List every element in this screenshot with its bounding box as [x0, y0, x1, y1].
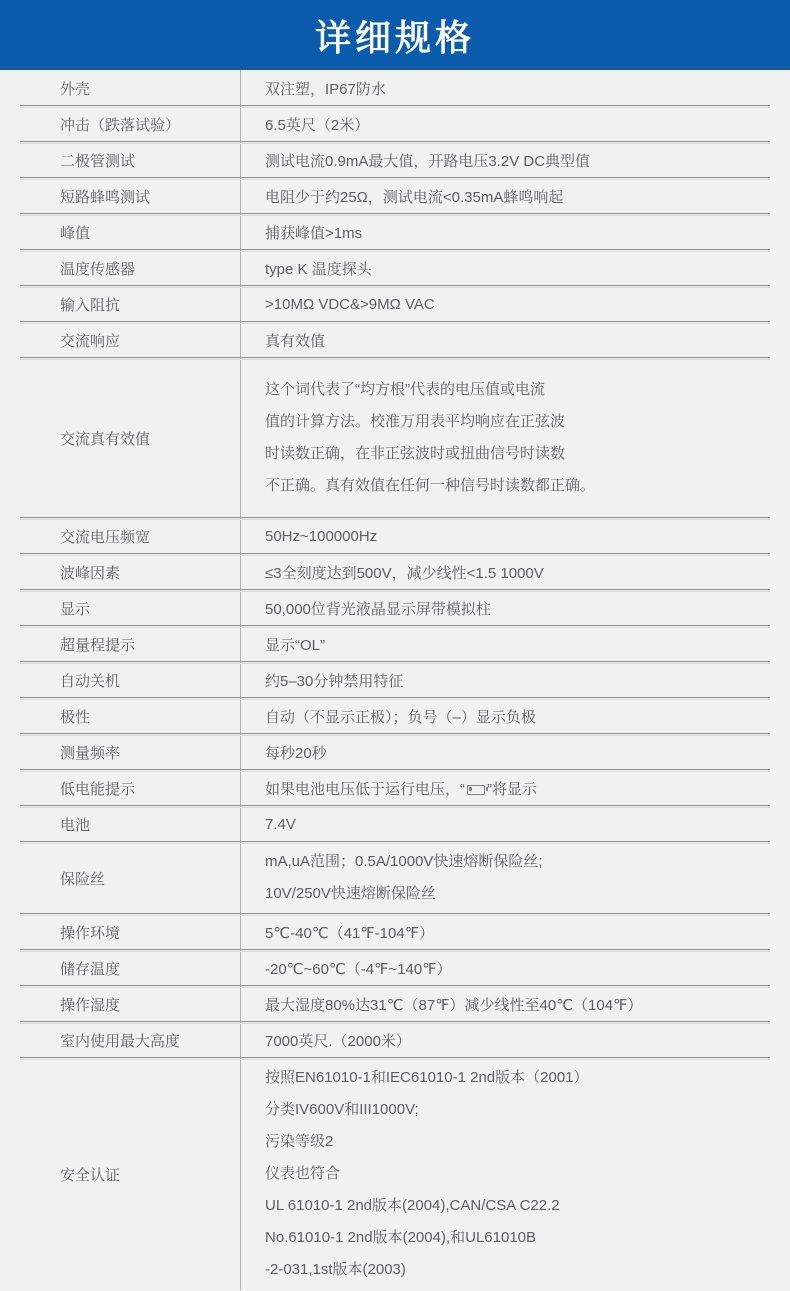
- spec-value: 显示“OL”: [240, 634, 790, 655]
- spec-value: 测试电流0.9mA最大值，开路电压3.2V DC典型值: [240, 150, 790, 171]
- spec-row-5: 峰值捕获峰值>1ms: [0, 214, 790, 250]
- spec-row-20: 操作环境5℃-40℃（41℉-104℉）: [0, 914, 790, 950]
- spec-row-8: 交流响应真有效值: [0, 322, 790, 358]
- spec-row-23: 室内使用最大高度7000英尺.（2000米）: [0, 1022, 790, 1058]
- spec-value: 这个词代表了“均方根”代表的电压值或电流值的计算方法。校准万用表平均响应在正弦波…: [240, 374, 790, 502]
- section-header: 详细规格: [0, 0, 790, 70]
- spec-value-paragraph: 7000英尺.（2000米）: [265, 1030, 775, 1051]
- spec-label: 交流真有效值: [0, 428, 240, 449]
- spec-label: 短路蜂鸣测试: [0, 186, 240, 207]
- spec-label: 超量程提示: [0, 634, 240, 655]
- spec-value: 7000英尺.（2000米）: [240, 1030, 790, 1051]
- spec-value-paragraph: 最大湿度80%达31℃（87℉）减少线性至40℃（104℉）: [265, 994, 775, 1015]
- spec-row-11: 波峰因素≤3全刻度达到500V，减少线性<1.5 1000V: [0, 554, 790, 590]
- spec-row-22: 操作湿度最大湿度80%达31℃（87℉）减少线性至40℃（104℉）: [0, 986, 790, 1022]
- spec-value: type K 温度探头: [240, 258, 790, 279]
- spec-label: 峰值: [0, 222, 240, 243]
- spec-value-paragraph: mA,uA范围；0.5A/1000V快速熔断保险丝;10V/250V快速熔断保险…: [265, 846, 775, 910]
- spec-row-1: 外壳双注塑，IP67防水: [0, 70, 790, 106]
- spec-label: 冲击（跌落试验）: [0, 114, 240, 135]
- spec-label: 操作环境: [0, 922, 240, 943]
- spec-value-paragraph: 每秒20秒: [265, 742, 775, 763]
- spec-value-paragraph: 这个词代表了“均方根”代表的电压值或电流值的计算方法。校准万用表平均响应在正弦波…: [265, 374, 775, 502]
- spec-row-2: 冲击（跌落试验）6.5英尺（2米）: [0, 106, 790, 142]
- spec-value: 50Hz~100000Hz: [240, 528, 790, 545]
- spec-value-paragraph: 5℃-40℃（41℉-104℉）: [265, 922, 775, 943]
- spec-value-paragraph: UL 61010-1 2nd版本(2004),CAN/CSA C22.2No.6…: [265, 1190, 775, 1286]
- spec-value-paragraph: >10MΩ VDC&>9MΩ VAC: [265, 296, 775, 313]
- spec-value: -20℃~60℃（-4℉~140℉）: [240, 958, 790, 979]
- spec-value: 5℃-40℃（41℉-104℉）: [240, 922, 790, 943]
- spec-value: mA,uA范围；0.5A/1000V快速熔断保险丝;10V/250V快速熔断保险…: [240, 846, 790, 910]
- spec-value-paragraph: 显示“OL”: [265, 634, 775, 655]
- spec-label: 温度传感器: [0, 258, 240, 279]
- spec-value: ≤3全刻度达到500V，减少线性<1.5 1000V: [240, 562, 790, 583]
- spec-label: 交流电压频宽: [0, 526, 240, 547]
- spec-value: 50,000位背光液晶显示屏带模拟柱: [240, 598, 790, 619]
- spec-value-paragraph: 自动（不显示正极）；负号（–）显示负极: [265, 706, 775, 727]
- spec-row-15: 极性自动（不显示正极）；负号（–）显示负极: [0, 698, 790, 734]
- spec-value: 约5–30分钟禁用特征: [240, 670, 790, 691]
- spec-value-paragraph: 7.4V: [265, 816, 775, 833]
- spec-value-paragraph: 污染等级2: [265, 1126, 775, 1158]
- spec-row-17: 低电能提示如果电池电压低于运行电压，“”将显示: [0, 770, 790, 806]
- spec-value-paragraph: 真有效值: [265, 330, 775, 351]
- spec-label: 测量频率: [0, 742, 240, 763]
- spec-row-21: 储存温度-20℃~60℃（-4℉~140℉）: [0, 950, 790, 986]
- spec-label: 操作湿度: [0, 994, 240, 1015]
- spec-label: 二极管测试: [0, 150, 240, 171]
- spec-label: 储存温度: [0, 958, 240, 979]
- spec-value-paragraph: 约5–30分钟禁用特征: [265, 670, 775, 691]
- spec-value-paragraph: 捕获峰值>1ms: [265, 222, 775, 243]
- spec-label: 极性: [0, 706, 240, 727]
- spec-value-paragraph: ≤3全刻度达到500V，减少线性<1.5 1000V: [265, 562, 775, 583]
- low-battery-icon: [467, 785, 485, 795]
- spec-label: 显示: [0, 598, 240, 619]
- spec-label: 交流响应: [0, 330, 240, 351]
- spec-label: 波峰因素: [0, 562, 240, 583]
- spec-value: 6.5英尺（2米）: [240, 114, 790, 135]
- spec-value: 最大湿度80%达31℃（87℉）减少线性至40℃（104℉）: [240, 994, 790, 1015]
- spec-value: 按照EN61010-1和IEC61010-1 2nd版本（2001）分类IV60…: [240, 1062, 790, 1286]
- spec-value: 双注塑，IP67防水: [240, 78, 790, 99]
- spec-row-19: 保险丝mA,uA范围；0.5A/1000V快速熔断保险丝;10V/250V快速熔…: [0, 842, 790, 914]
- spec-value-paragraph: type K 温度探头: [265, 258, 775, 279]
- spec-value-paragraph: 50,000位背光液晶显示屏带模拟柱: [265, 598, 775, 619]
- spec-label: 电池: [0, 814, 240, 835]
- spec-value-paragraph: 测试电流0.9mA最大值，开路电压3.2V DC典型值: [265, 150, 775, 171]
- spec-value: 如果电池电压低于运行电压，“”将显示: [240, 778, 790, 799]
- spec-value-text: ”将显示: [487, 781, 537, 798]
- spec-row-14: 自动关机约5–30分钟禁用特征: [0, 662, 790, 698]
- spec-value: 捕获峰值>1ms: [240, 222, 790, 243]
- spec-row-10: 交流电压频宽50Hz~100000Hz: [0, 518, 790, 554]
- spec-row-16: 测量频率每秒20秒: [0, 734, 790, 770]
- spec-value-paragraph: 按照EN61010-1和IEC61010-1 2nd版本（2001）分类IV60…: [265, 1062, 775, 1126]
- spec-table: 外壳双注塑，IP67防水冲击（跌落试验）6.5英尺（2米）二极管测试测试电流0.…: [0, 70, 790, 1290]
- spec-value-paragraph: 仪表也符合: [265, 1158, 775, 1190]
- spec-value-paragraph: 6.5英尺（2米）: [265, 114, 775, 135]
- spec-row-3: 二极管测试测试电流0.9mA最大值，开路电压3.2V DC典型值: [0, 142, 790, 178]
- spec-value: 真有效值: [240, 330, 790, 351]
- spec-value-text: 如果电池电压低于运行电压，“: [265, 781, 465, 798]
- spec-row-13: 超量程提示显示“OL”: [0, 626, 790, 662]
- spec-value-paragraph: -20℃~60℃（-4℉~140℉）: [265, 958, 775, 979]
- spec-label: 保险丝: [0, 868, 240, 889]
- spec-value: 自动（不显示正极）；负号（–）显示负极: [240, 706, 790, 727]
- spec-label: 安全认证: [0, 1164, 240, 1185]
- spec-label: 外壳: [0, 78, 240, 99]
- spec-row-4: 短路蜂鸣测试电阻少于约25Ω，测试电流<0.35mA蜂鸣响起: [0, 178, 790, 214]
- spec-value-paragraph: 50Hz~100000Hz: [265, 528, 775, 545]
- spec-value-paragraph: 双注塑，IP67防水: [265, 78, 775, 99]
- spec-value: 电阻少于约25Ω，测试电流<0.35mA蜂鸣响起: [240, 186, 790, 207]
- spec-label: 输入阻抗: [0, 294, 240, 315]
- spec-label: 低电能提示: [0, 778, 240, 799]
- spec-row-9: 交流真有效值这个词代表了“均方根”代表的电压值或电流值的计算方法。校准万用表平均…: [0, 358, 790, 518]
- spec-row-7: 输入阻抗>10MΩ VDC&>9MΩ VAC: [0, 286, 790, 322]
- spec-value-paragraph: 电阻少于约25Ω，测试电流<0.35mA蜂鸣响起: [265, 186, 775, 207]
- spec-value: 7.4V: [240, 816, 790, 833]
- spec-row-12: 显示50,000位背光液晶显示屏带模拟柱: [0, 590, 790, 626]
- page-title: 详细规格: [315, 10, 475, 61]
- spec-label: 室内使用最大高度: [0, 1030, 240, 1051]
- spec-row-24: 安全认证按照EN61010-1和IEC61010-1 2nd版本（2001）分类…: [0, 1058, 790, 1290]
- spec-value: >10MΩ VDC&>9MΩ VAC: [240, 296, 790, 313]
- spec-label: 自动关机: [0, 670, 240, 691]
- spec-row-18: 电池7.4V: [0, 806, 790, 842]
- spec-value: 每秒20秒: [240, 742, 790, 763]
- spec-row-6: 温度传感器type K 温度探头: [0, 250, 790, 286]
